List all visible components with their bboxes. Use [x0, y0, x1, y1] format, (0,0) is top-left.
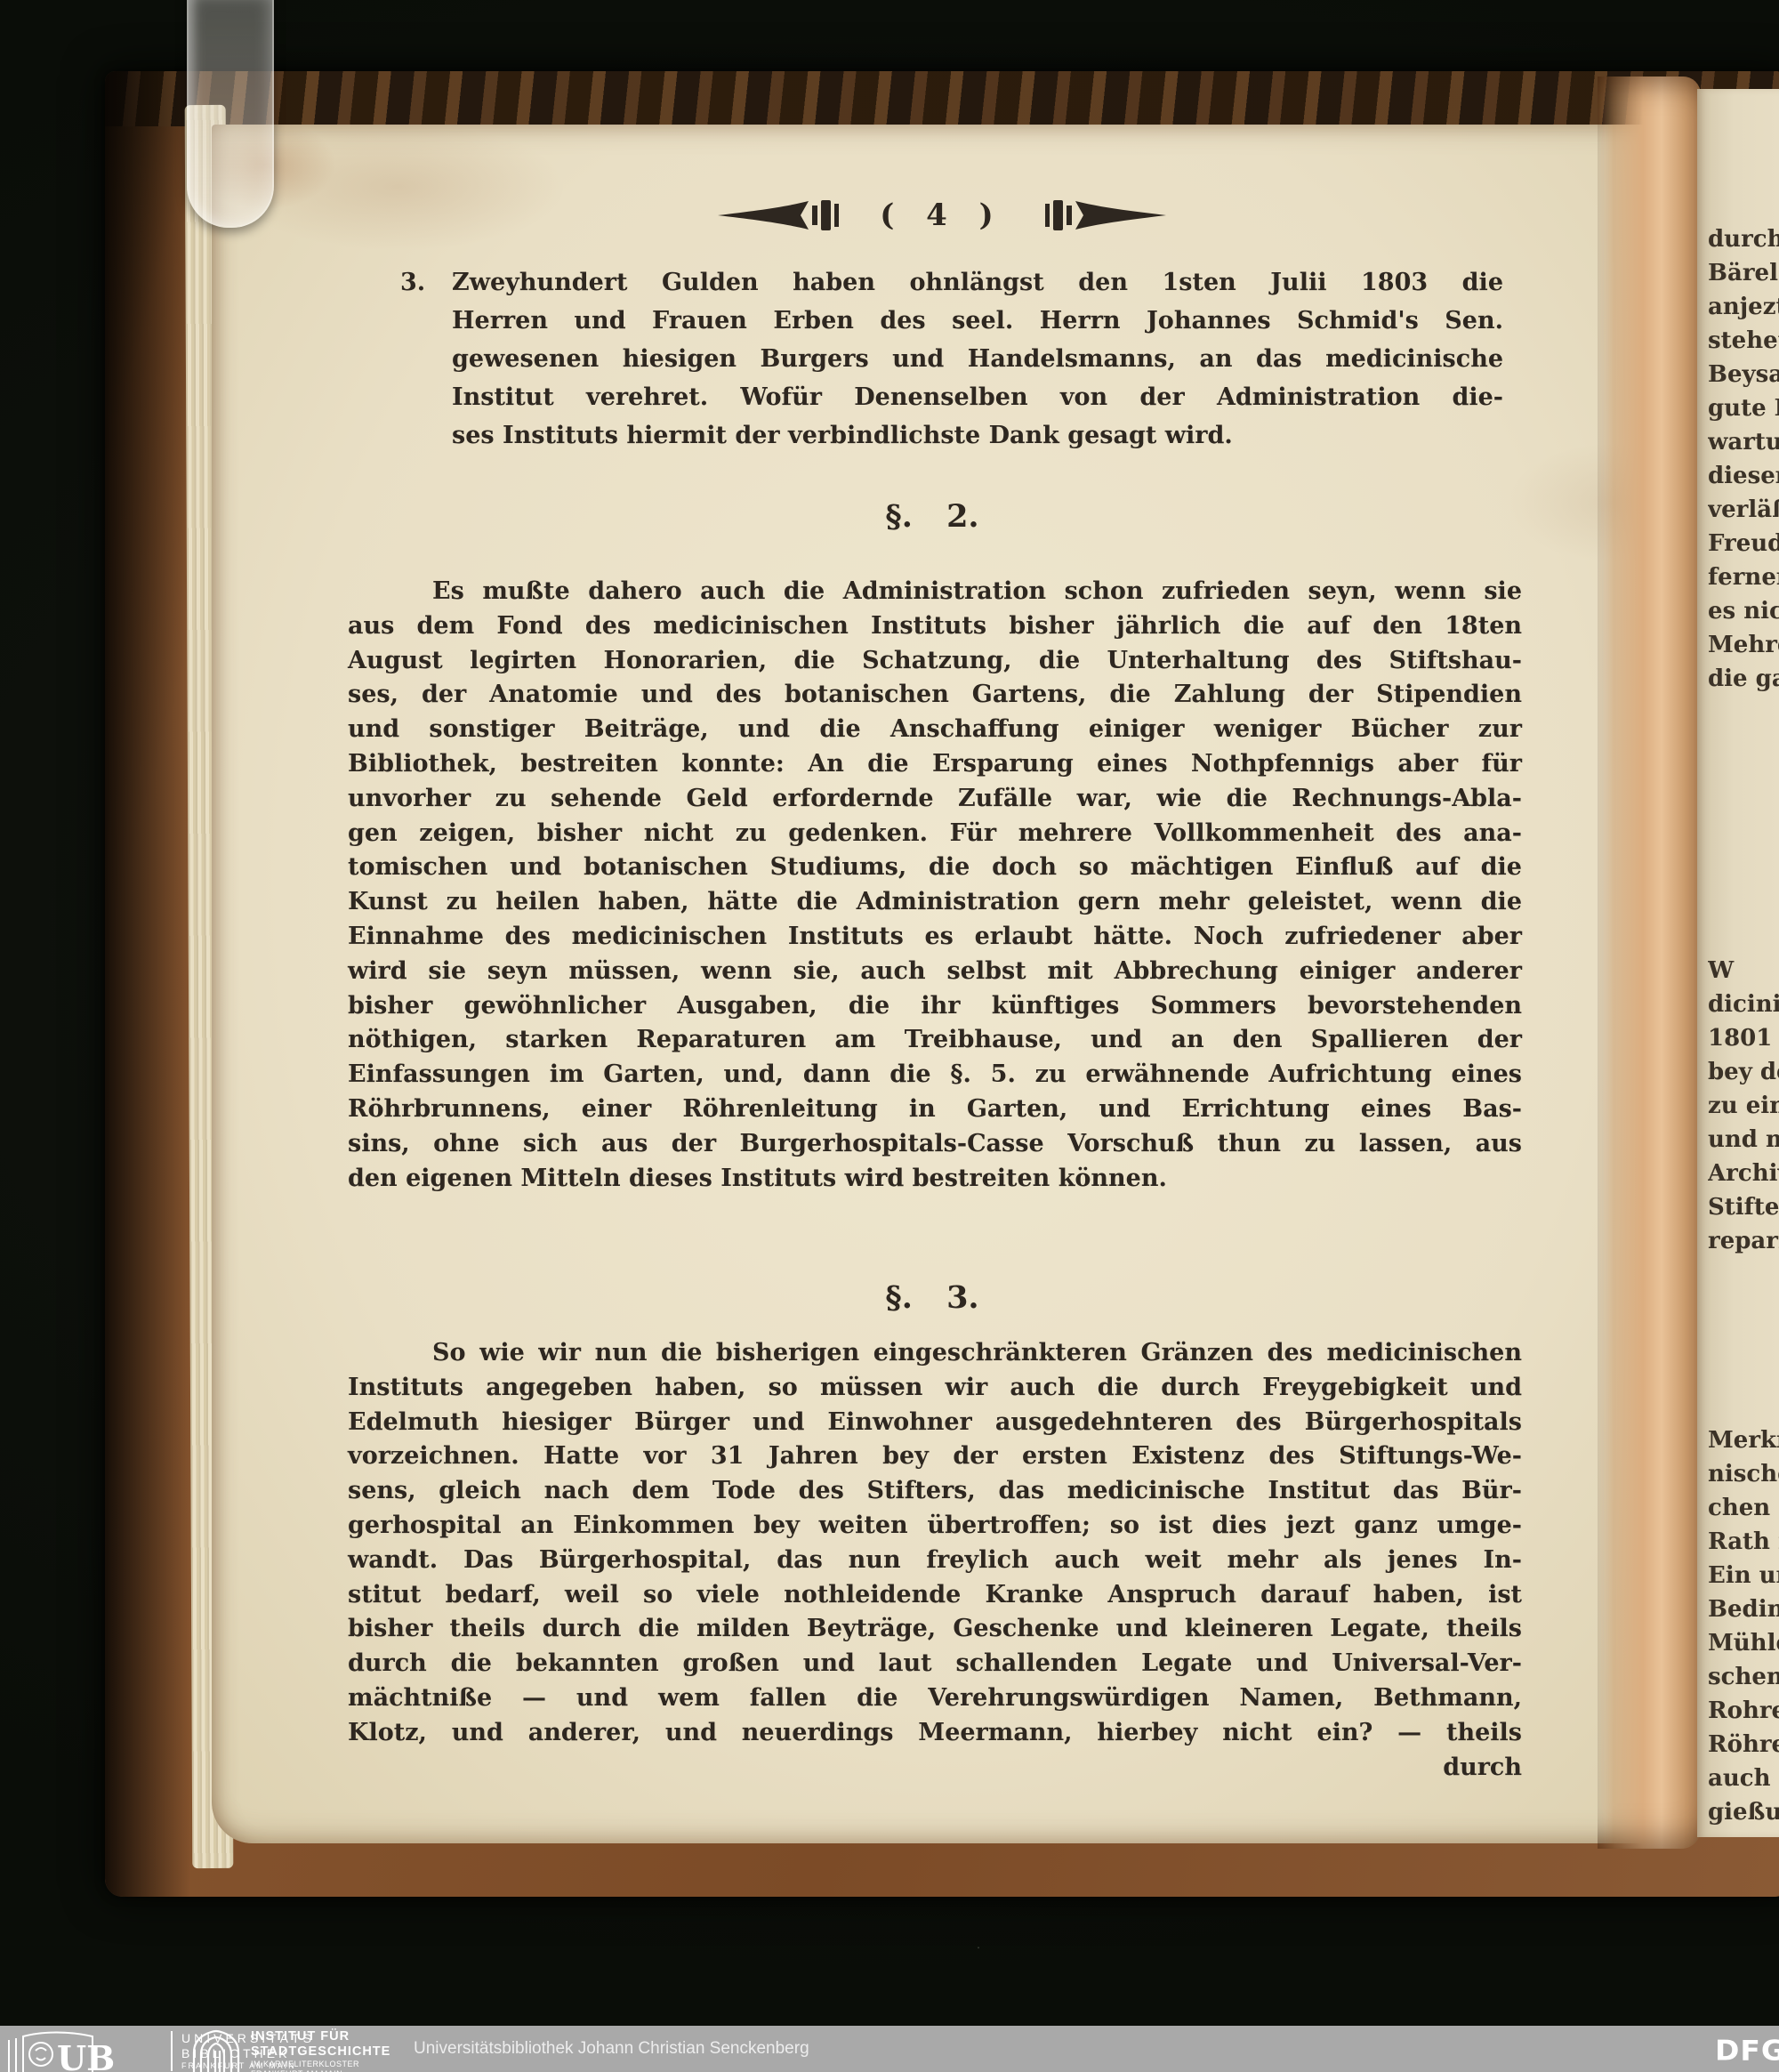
text-line: Einfassungen im Garten, und, dann die §.… — [348, 1058, 1522, 1092]
text-line: Edelmuth hiesiger Bürger und Einwohner a… — [348, 1406, 1522, 1440]
text-line: August legirten Honorarien, die Schatzun… — [348, 644, 1522, 679]
section-3-paragraph: So wie wir nun die bisherigen eingeschrä… — [348, 1336, 1522, 1751]
text-line: sins, ohne sich aus der Burgerhospitals-… — [348, 1127, 1522, 1162]
clipped-text-line: W — [1708, 954, 1779, 988]
clipped-text-line: Rath mit E — [1708, 1525, 1779, 1559]
clipped-text-line: Ein und Fu — [1708, 1559, 1779, 1592]
clipped-text-line: bey der T — [1708, 1055, 1779, 1089]
arch-icon — [190, 2029, 242, 2072]
clipped-text-line: Beysa — [1708, 358, 1779, 391]
page-fore-edge — [1598, 77, 1701, 1849]
text-line: mächtniße — und wem fallen die Verehrung… — [348, 1681, 1522, 1716]
clipped-text-line: Bedingunge — [1708, 1592, 1779, 1626]
clipped-text-line: nische Insti — [1708, 1457, 1779, 1491]
text-line: Institut verehret. Wofür Denenselben von… — [452, 378, 1503, 416]
text-line: unvorher zu sehende Geld erfordernde Zuf… — [348, 782, 1522, 817]
header-ornament-left-icon — [716, 198, 858, 233]
text-line: und sonstiger Beiträge, und die Anschaff… — [348, 713, 1522, 747]
clipped-text-line: gießung der — [1708, 1795, 1779, 1829]
clipped-text-line: und mit G — [1708, 1123, 1779, 1157]
book-page: ( 4 ) 3. Zweyhundert Gulden haben ohnlän… — [212, 125, 1672, 1843]
clipped-text-line: gute N — [1708, 391, 1779, 425]
text-line: den eigenen Mitteln dieses Instituts wir… — [348, 1162, 1522, 1197]
section-3-heading: §. 3. — [354, 1279, 1510, 1316]
list-item-3: 3. Zweyhundert Gulden haben ohnlängst de… — [400, 263, 1503, 455]
clipped-text-line: Merkn — [1708, 1423, 1779, 1457]
clipped-text-line: Mühlen'che — [1708, 1626, 1779, 1660]
page-holder-clip — [187, 0, 274, 228]
clipped-text-line: auch in das — [1708, 1762, 1779, 1795]
text-line: bisher theils durch die milden Beyträge,… — [348, 1612, 1522, 1647]
text-line: aus dem Fond des medicinischen Instituts… — [348, 609, 1522, 644]
text-line: Herren und Frauen Erben des seel. Herrn … — [452, 302, 1503, 340]
clipped-text-line: Rohre des — [1708, 1694, 1779, 1728]
text-line: ses Instituts hiermit der verbindlichste… — [452, 416, 1503, 455]
text-line: Kunst zu heilen haben, hätte die Adminis… — [348, 885, 1522, 920]
institut-line-3: IM KARMELITERKLOSTER — [251, 2060, 390, 2069]
clipped-text-line: ferner f — [1708, 560, 1779, 594]
clipped-text-line: Bärel — [1708, 256, 1779, 290]
facing-page-text-block: durchBärelanjeztstehet,Beysagute Nwartun… — [1708, 222, 1779, 696]
text-line: Röhrbrunnens, einer Röhrenleitung in Gar… — [348, 1092, 1522, 1127]
text-line: Zweyhundert Gulden haben ohnlängst den 1… — [452, 263, 1503, 302]
text-line: ses, der Anatomie und des botanischen Ga… — [348, 678, 1522, 713]
page-header: ( 4 ) — [212, 194, 1672, 237]
list-item-text: Zweyhundert Gulden haben ohnlängst den 1… — [452, 263, 1503, 455]
clipped-text-line: Stifters T — [1708, 1190, 1779, 1224]
clipped-text-line: Mehrere — [1708, 628, 1779, 662]
text-line: So wie wir nun die bisherigen eingeschrä… — [348, 1336, 1522, 1371]
text-line: gewesenen hiesigen Burgers und Handelsma… — [452, 340, 1503, 378]
clipped-text-line: repariret, — [1708, 1224, 1779, 1258]
clipped-text-line: chen der Ad — [1708, 1491, 1779, 1525]
clipped-text-line: Archiv als — [1708, 1157, 1779, 1190]
footer-bar: UB UNIVERSITÄTS BIBLIOTHEK FRANKFURT AM … — [0, 2026, 1779, 2072]
facing-page-text-block: Merknnische Instichen der AdRath mit EEi… — [1708, 1423, 1779, 1829]
page-number: ( 4 ) — [880, 198, 1004, 233]
clipped-text-line: wartun — [1708, 425, 1779, 459]
clipped-text-line: dieser n — [1708, 459, 1779, 493]
clipped-text-line: Freude — [1708, 527, 1779, 560]
clipped-text-line: es nicht — [1708, 594, 1779, 628]
text-line: Instituts angegeben haben, so müssen wir… — [348, 1371, 1522, 1406]
text-line: bisher gewöhnlicher Ausgaben, die ihr kü… — [348, 989, 1522, 1024]
clipped-text-line: die ganz — [1708, 662, 1779, 696]
text-line: sens, gleich nach dem Tode des Stifters,… — [348, 1474, 1522, 1509]
text-line: gen zeigen, bisher nicht zu gedenken. Fü… — [348, 817, 1522, 851]
clipped-text-line: schen Garte — [1708, 1660, 1779, 1694]
clipped-text-line: Röhren sow — [1708, 1728, 1779, 1762]
text-line: Bibliothek, bestreiten konnte: An die Er… — [348, 747, 1522, 782]
header-ornament-right-icon — [1026, 198, 1168, 233]
text-line: vorzeichnen. Hatte vor 31 Jahren bey der… — [348, 1439, 1522, 1474]
text-line: gerhospital an Einkommen bey weiten über… — [348, 1509, 1522, 1544]
facing-page-text-block: Wdicinische1801 derbey der Tzu einem tun… — [1708, 954, 1779, 1258]
catchword: durch — [348, 1751, 1522, 1786]
institut-line-1: INSTITUT FÜR — [251, 2029, 390, 2044]
facing-page-sliver: durchBärelanjeztstehet,Beysagute Nwartun… — [1697, 89, 1779, 1837]
clipped-text-line: zu einem t — [1708, 1089, 1779, 1123]
clipped-text-line: stehet, — [1708, 324, 1779, 358]
text-line: wandt. Das Bürgerhospital, das nun freyl… — [348, 1544, 1522, 1578]
text-line: tomischen und botanischen Studiums, die … — [348, 851, 1522, 885]
list-item-number: 3. — [400, 263, 425, 302]
institut-line-2: STADTGESCHICHTE — [251, 2044, 390, 2060]
section-2-heading: §. 2. — [354, 498, 1510, 535]
clipped-text-line: durch — [1708, 222, 1779, 256]
text-line: Klotz, und anderer, und neuerdings Meerm… — [348, 1716, 1522, 1751]
text-line: stitut bedarf, weil so viele nothleidend… — [348, 1578, 1522, 1613]
svg-text:UB: UB — [57, 2038, 115, 2072]
section-2-paragraph: Es mußte dahero auch die Administration … — [348, 575, 1522, 1196]
text-line: Einnahme des medicinischen Instituts es … — [348, 920, 1522, 955]
text-line: nöthigen, starken Reparaturen am Treibha… — [348, 1023, 1522, 1058]
library-name: Universitätsbibliothek Johann Christian … — [414, 2039, 809, 2059]
text-line: durch die bekannten großen und laut scha… — [348, 1647, 1522, 1681]
ub-logo-icon: UB — [7, 2031, 160, 2072]
clipped-text-line: verläßt — [1708, 493, 1779, 527]
institut-stadtgeschichte-logo: INSTITUT FÜR STADTGESCHICHTE IM KARMELIT… — [190, 2029, 390, 2072]
book-marbled-edge — [105, 71, 1779, 126]
clipped-text-line: anjezt — [1708, 290, 1779, 324]
clipped-text-line: 1801 der — [1708, 1021, 1779, 1055]
clipped-text-line: dicinische — [1708, 988, 1779, 1021]
text-line: wird sie seyn müssen, wenn sie, auch sel… — [348, 955, 1522, 989]
institut-logo-text: INSTITUT FÜR STADTGESCHICHTE IM KARMELIT… — [251, 2029, 390, 2072]
scan-stage: ( 4 ) 3. Zweyhundert Gulden haben ohnlän… — [0, 0, 1779, 2072]
text-line: Es mußte dahero auch die Administration … — [348, 575, 1522, 609]
book-spine-shadow — [105, 71, 190, 1897]
dfg-logo: DFG — [1715, 2034, 1779, 2067]
